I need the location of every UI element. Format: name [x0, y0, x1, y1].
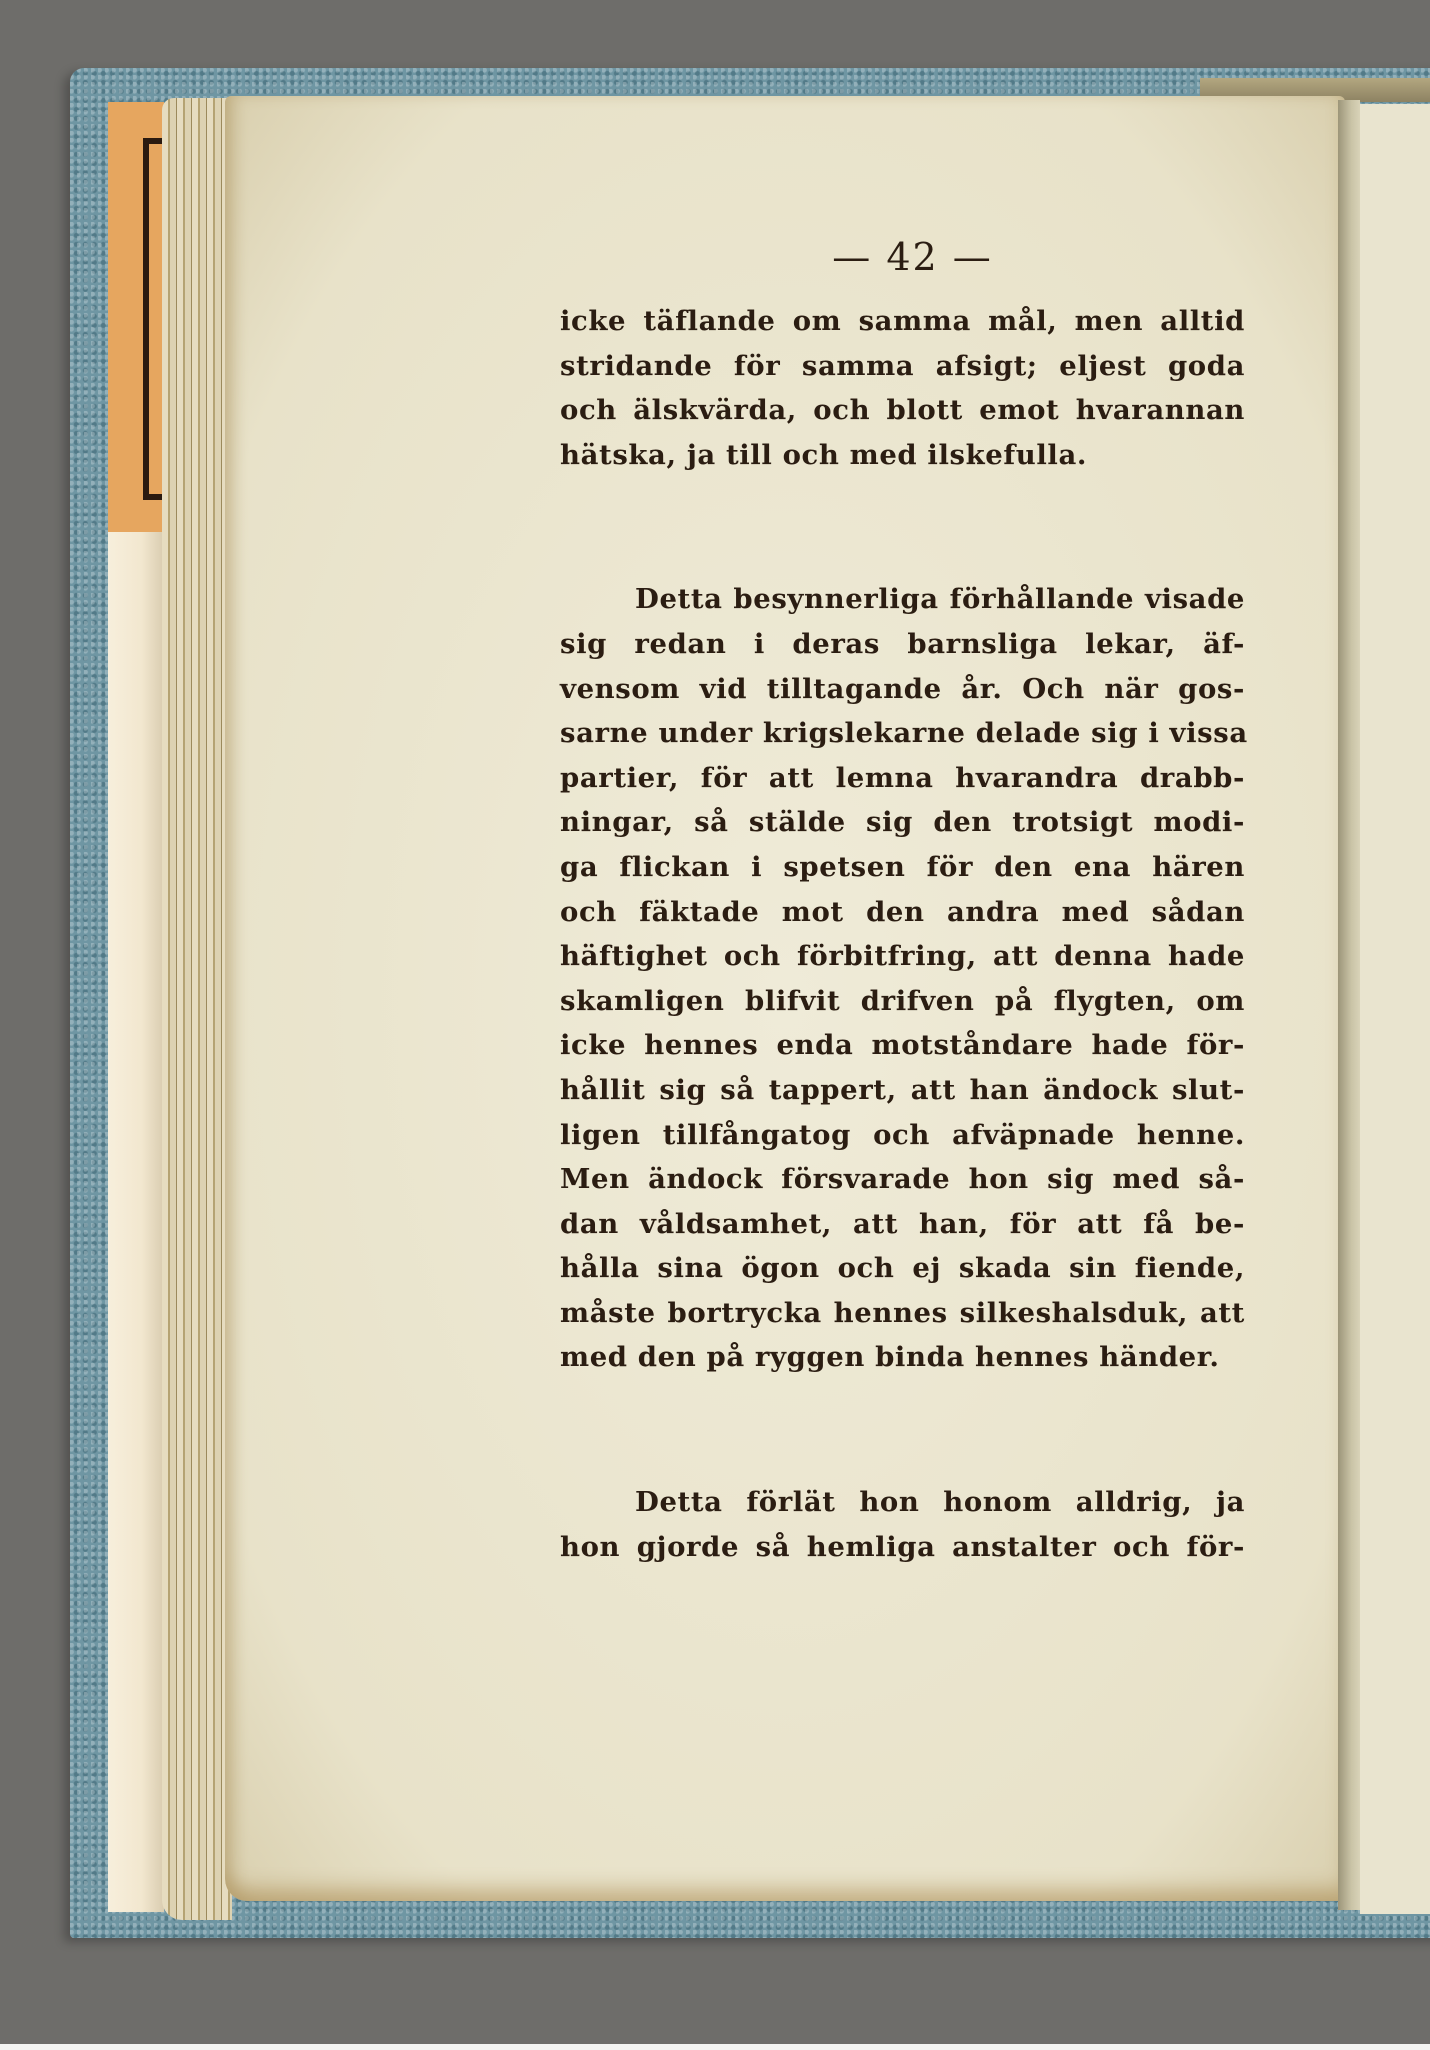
text-line: och älskvärda, och blott emot hvarannan [560, 388, 1245, 433]
text-line: och fäktade mot den andra med sådan [560, 890, 1245, 935]
text-line: skamligen blifvit drifven på flygten, om [560, 979, 1245, 1024]
text-line: häftighet och förbitfring, att denna had… [560, 934, 1245, 979]
text-line: vensom vid tilltagande år. Och när gos- [560, 667, 1245, 712]
paragraph-gap [560, 1380, 1245, 1480]
text-line: med den på ryggen binda hennes händer. [560, 1335, 1245, 1380]
text-line: Men ändock försvarade hon sig med så- [560, 1157, 1245, 1202]
paragraph-2: Detta besynnerliga förhållande visade si… [560, 577, 1245, 1380]
text-line: icke täflande om samma mål, men alltid [560, 299, 1245, 344]
page-stack-edges [162, 98, 232, 1920]
text-line: sarne under krigslekarne delade sig i vi… [560, 711, 1245, 756]
text-line: Detta besynnerliga förhållande visade [560, 577, 1245, 622]
text-line: hålla sina ögon och ej skada sin fiende, [560, 1246, 1245, 1291]
text-line: Detta förlät hon honom alldrig, ja [560, 1480, 1245, 1525]
paragraph-3: Detta förlät hon honom alldrig, ja hon g… [560, 1480, 1245, 1569]
text-line: ligen tillfångatog och afväpnade henne. [560, 1113, 1245, 1158]
text-line: ningar, så stälde sig den trotsigt modi- [560, 800, 1245, 845]
page-number: — 42 — [560, 235, 1245, 279]
text-line: ga flickan i spetsen för den ena hären [560, 845, 1245, 890]
text-line: hätska, ja till och med ilskefulla. [560, 433, 1245, 478]
text-line: hållit sig så tappert, att han ändock sl… [560, 1068, 1245, 1113]
text-line: måste bortrycka hennes silkeshalsduk, at… [560, 1291, 1245, 1336]
scan-bottom-border [0, 2044, 1430, 2050]
facing-page [1360, 104, 1430, 1914]
text-line: hon gjorde så hemliga anstalter och för- [560, 1525, 1245, 1570]
book-gutter [1338, 100, 1360, 1910]
text-line: sig redan i deras barnsliga lekar, äf- [560, 622, 1245, 667]
text-line: stridande för samma afsigt; eljest goda [560, 344, 1245, 389]
paragraph-gap [560, 477, 1245, 577]
text-line: dan våldsamhet, att han, för att få be- [560, 1202, 1245, 1247]
page-text: — 42 — icke täflande om samma mål, men a… [560, 235, 1245, 1569]
text-line: partier, för att lemna hvarandra drabb- [560, 756, 1245, 801]
label-bracket-ornament [143, 138, 163, 500]
text-line: icke hennes enda motståndare hade för- [560, 1023, 1245, 1068]
paragraph-1: icke täflande om samma mål, men alltid s… [560, 299, 1245, 477]
